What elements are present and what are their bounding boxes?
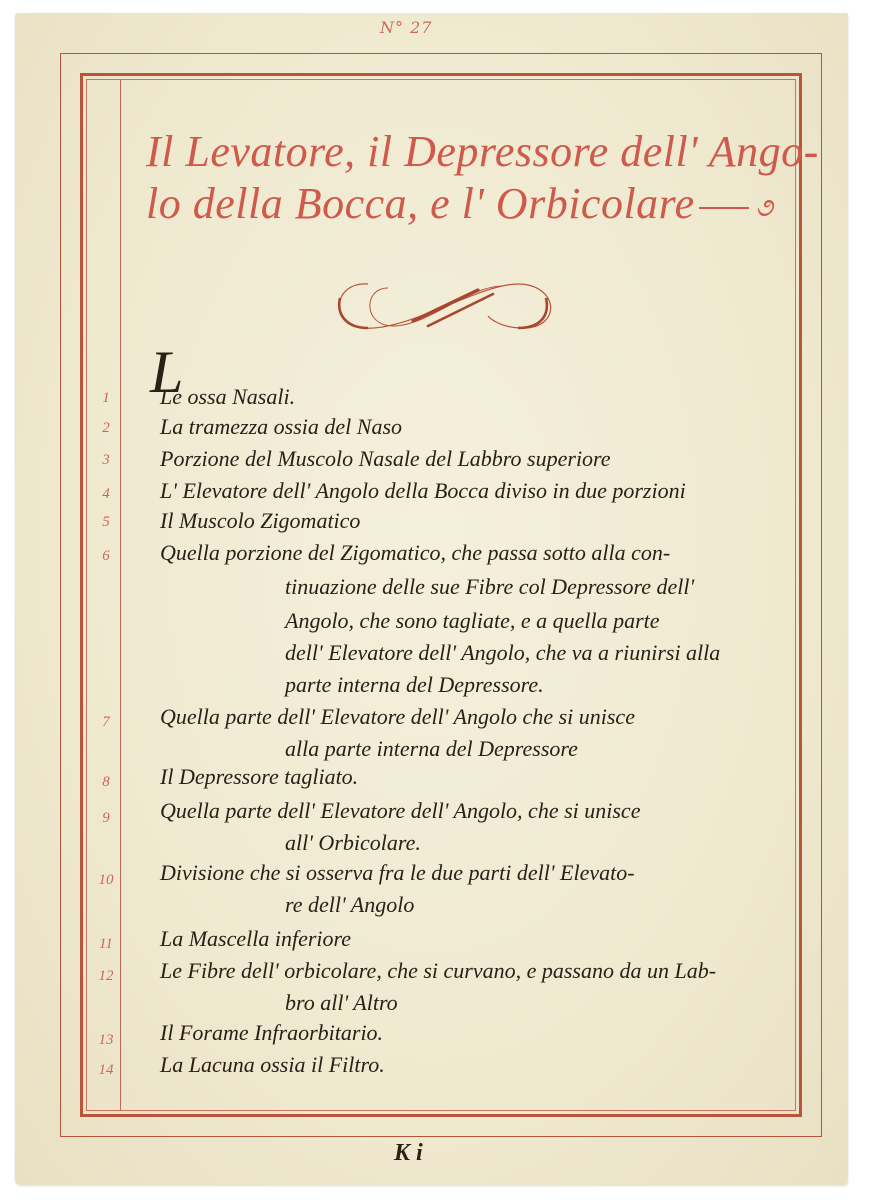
item-number: 5 bbox=[96, 514, 116, 531]
item-text: La Mascella inferiore bbox=[160, 926, 351, 952]
item-text: Il Muscolo Zigomatico bbox=[160, 508, 360, 534]
item-number: 7 bbox=[96, 714, 116, 731]
legend-list: 1 Le ossa Nasali. 2 La tramezza ossia de… bbox=[0, 0, 871, 1200]
item-text: Il Forame Infraorbitario. bbox=[160, 1020, 383, 1046]
item-number: 13 bbox=[96, 1032, 116, 1049]
item-text-continuation: re dell' Angolo bbox=[285, 892, 414, 918]
item-text: L' Elevatore dell' Angolo della Bocca di… bbox=[160, 478, 686, 504]
item-number: 3 bbox=[96, 452, 116, 469]
item-number: 2 bbox=[96, 420, 116, 437]
item-text-continuation: Angolo, che sono tagliate, e a quella pa… bbox=[285, 608, 660, 634]
item-text-continuation: tinuazione delle sue Fibre col Depressor… bbox=[285, 574, 694, 600]
item-text: Le Fibre dell' orbicolare, che si curvan… bbox=[160, 958, 716, 984]
item-text: Il Depressore tagliato. bbox=[160, 764, 358, 790]
item-text-continuation: alla parte interna del Depressore bbox=[285, 736, 578, 762]
item-text: Divisione che si osserva fra le due part… bbox=[160, 860, 635, 886]
item-text-continuation: all' Orbicolare. bbox=[285, 830, 421, 856]
item-number: 8 bbox=[96, 774, 116, 791]
item-text: Le ossa Nasali. bbox=[160, 384, 295, 410]
item-number: 1 bbox=[96, 390, 116, 407]
item-text-continuation: dell' Elevatore dell' Angolo, che va a r… bbox=[285, 640, 720, 666]
item-text: La tramezza ossia del Naso bbox=[160, 414, 402, 440]
item-number: 6 bbox=[96, 548, 116, 565]
item-text: Quella parte dell' Elevatore dell' Angol… bbox=[160, 798, 640, 824]
item-text: Quella parte dell' Elevatore dell' Angol… bbox=[160, 704, 635, 730]
item-text: La Lacuna ossia il Filtro. bbox=[160, 1052, 385, 1078]
item-number: 12 bbox=[96, 968, 116, 985]
signature-mark: K i bbox=[394, 1140, 423, 1167]
item-text-continuation: bro all' Altro bbox=[285, 990, 398, 1016]
item-number: 10 bbox=[96, 872, 116, 889]
item-text: Porzione del Muscolo Nasale del Labbro s… bbox=[160, 446, 611, 472]
item-number: 14 bbox=[96, 1062, 116, 1079]
item-text: Quella porzione del Zigomatico, che pass… bbox=[160, 540, 670, 566]
item-number: 4 bbox=[96, 486, 116, 503]
item-text-continuation: parte interna del Depressore. bbox=[285, 672, 544, 698]
item-number: 9 bbox=[96, 810, 116, 827]
item-number: 11 bbox=[96, 936, 116, 953]
